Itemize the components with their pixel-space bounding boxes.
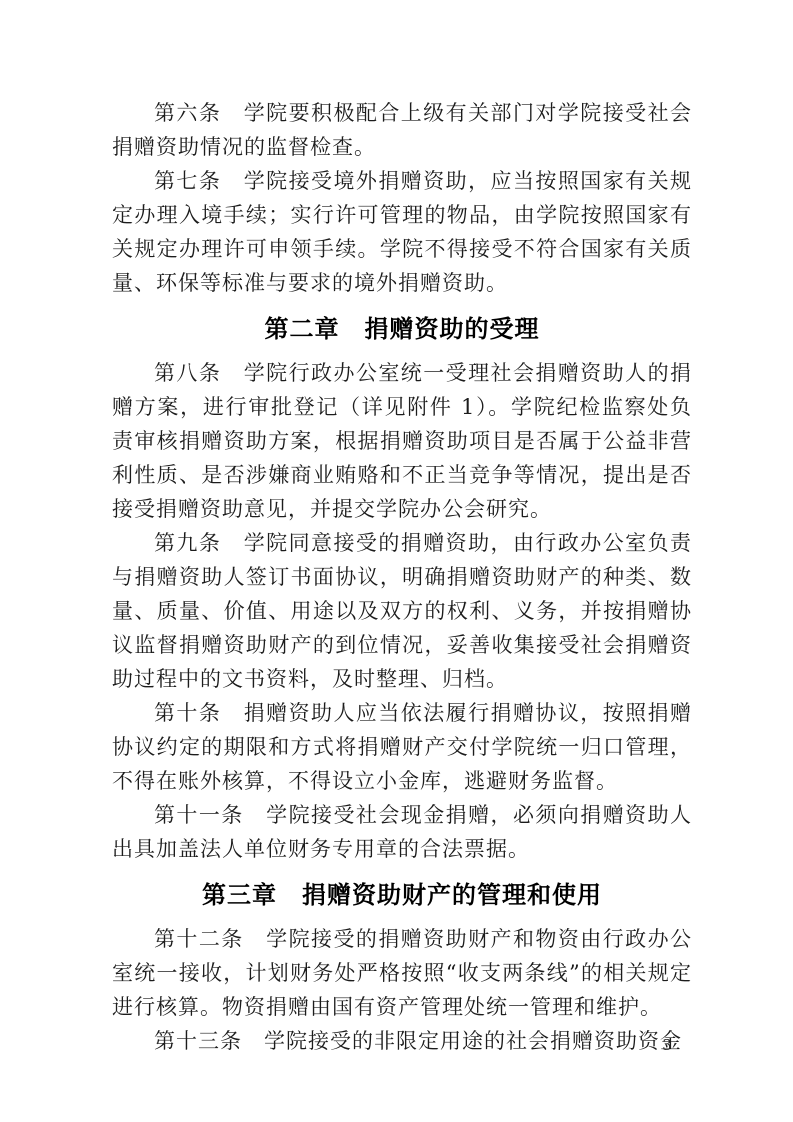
document-page: 第六条 学院要积极配合上级有关部门对学院接受社会捐赠资助情况的监督检查。第七条 …	[0, 0, 793, 1122]
body-paragraph: 第十条 捐赠资助人应当依法履行捐赠协议，按照捐赠协议约定的期限和方式将捐赠财产交…	[112, 696, 692, 798]
body-paragraph: 第九条 学院同意接受的捐赠资助，由行政办公室负责与捐赠资助人签订书面协议，明确捐…	[112, 526, 692, 696]
body-paragraph: 第十一条 学院接受社会现金捐赠，必须向捐赠资助人出具加盖法人单位财务专用章的合法…	[112, 798, 692, 866]
chapter-heading: 第二章 捐赠资助的受理	[112, 312, 692, 346]
body-paragraph: 第八条 学院行政办公室统一受理社会捐赠资助人的捐赠方案，进行审批登记（详见附件 …	[112, 356, 692, 526]
document-content: 第六条 学院要积极配合上级有关部门对学院接受社会捐赠资助情况的监督检查。第七条 …	[112, 96, 692, 1058]
body-paragraph: 第六条 学院要积极配合上级有关部门对学院接受社会捐赠资助情况的监督检查。	[112, 96, 692, 164]
page-number: 3	[655, 1036, 679, 1054]
body-paragraph: 第七条 学院接受境外捐赠资助，应当按照国家有关规定办理入境手续；实行许可管理的物…	[112, 164, 692, 300]
body-paragraph: 第十三条 学院接受的非限定用途的社会捐赠资助资金	[112, 1024, 692, 1058]
body-paragraph: 第十二条 学院接受的捐赠资助财产和物资由行政办公室统一接收，计划财务处严格按照“…	[112, 922, 692, 1024]
chapter-heading: 第三章 捐赠资助财产的管理和使用	[112, 878, 692, 912]
